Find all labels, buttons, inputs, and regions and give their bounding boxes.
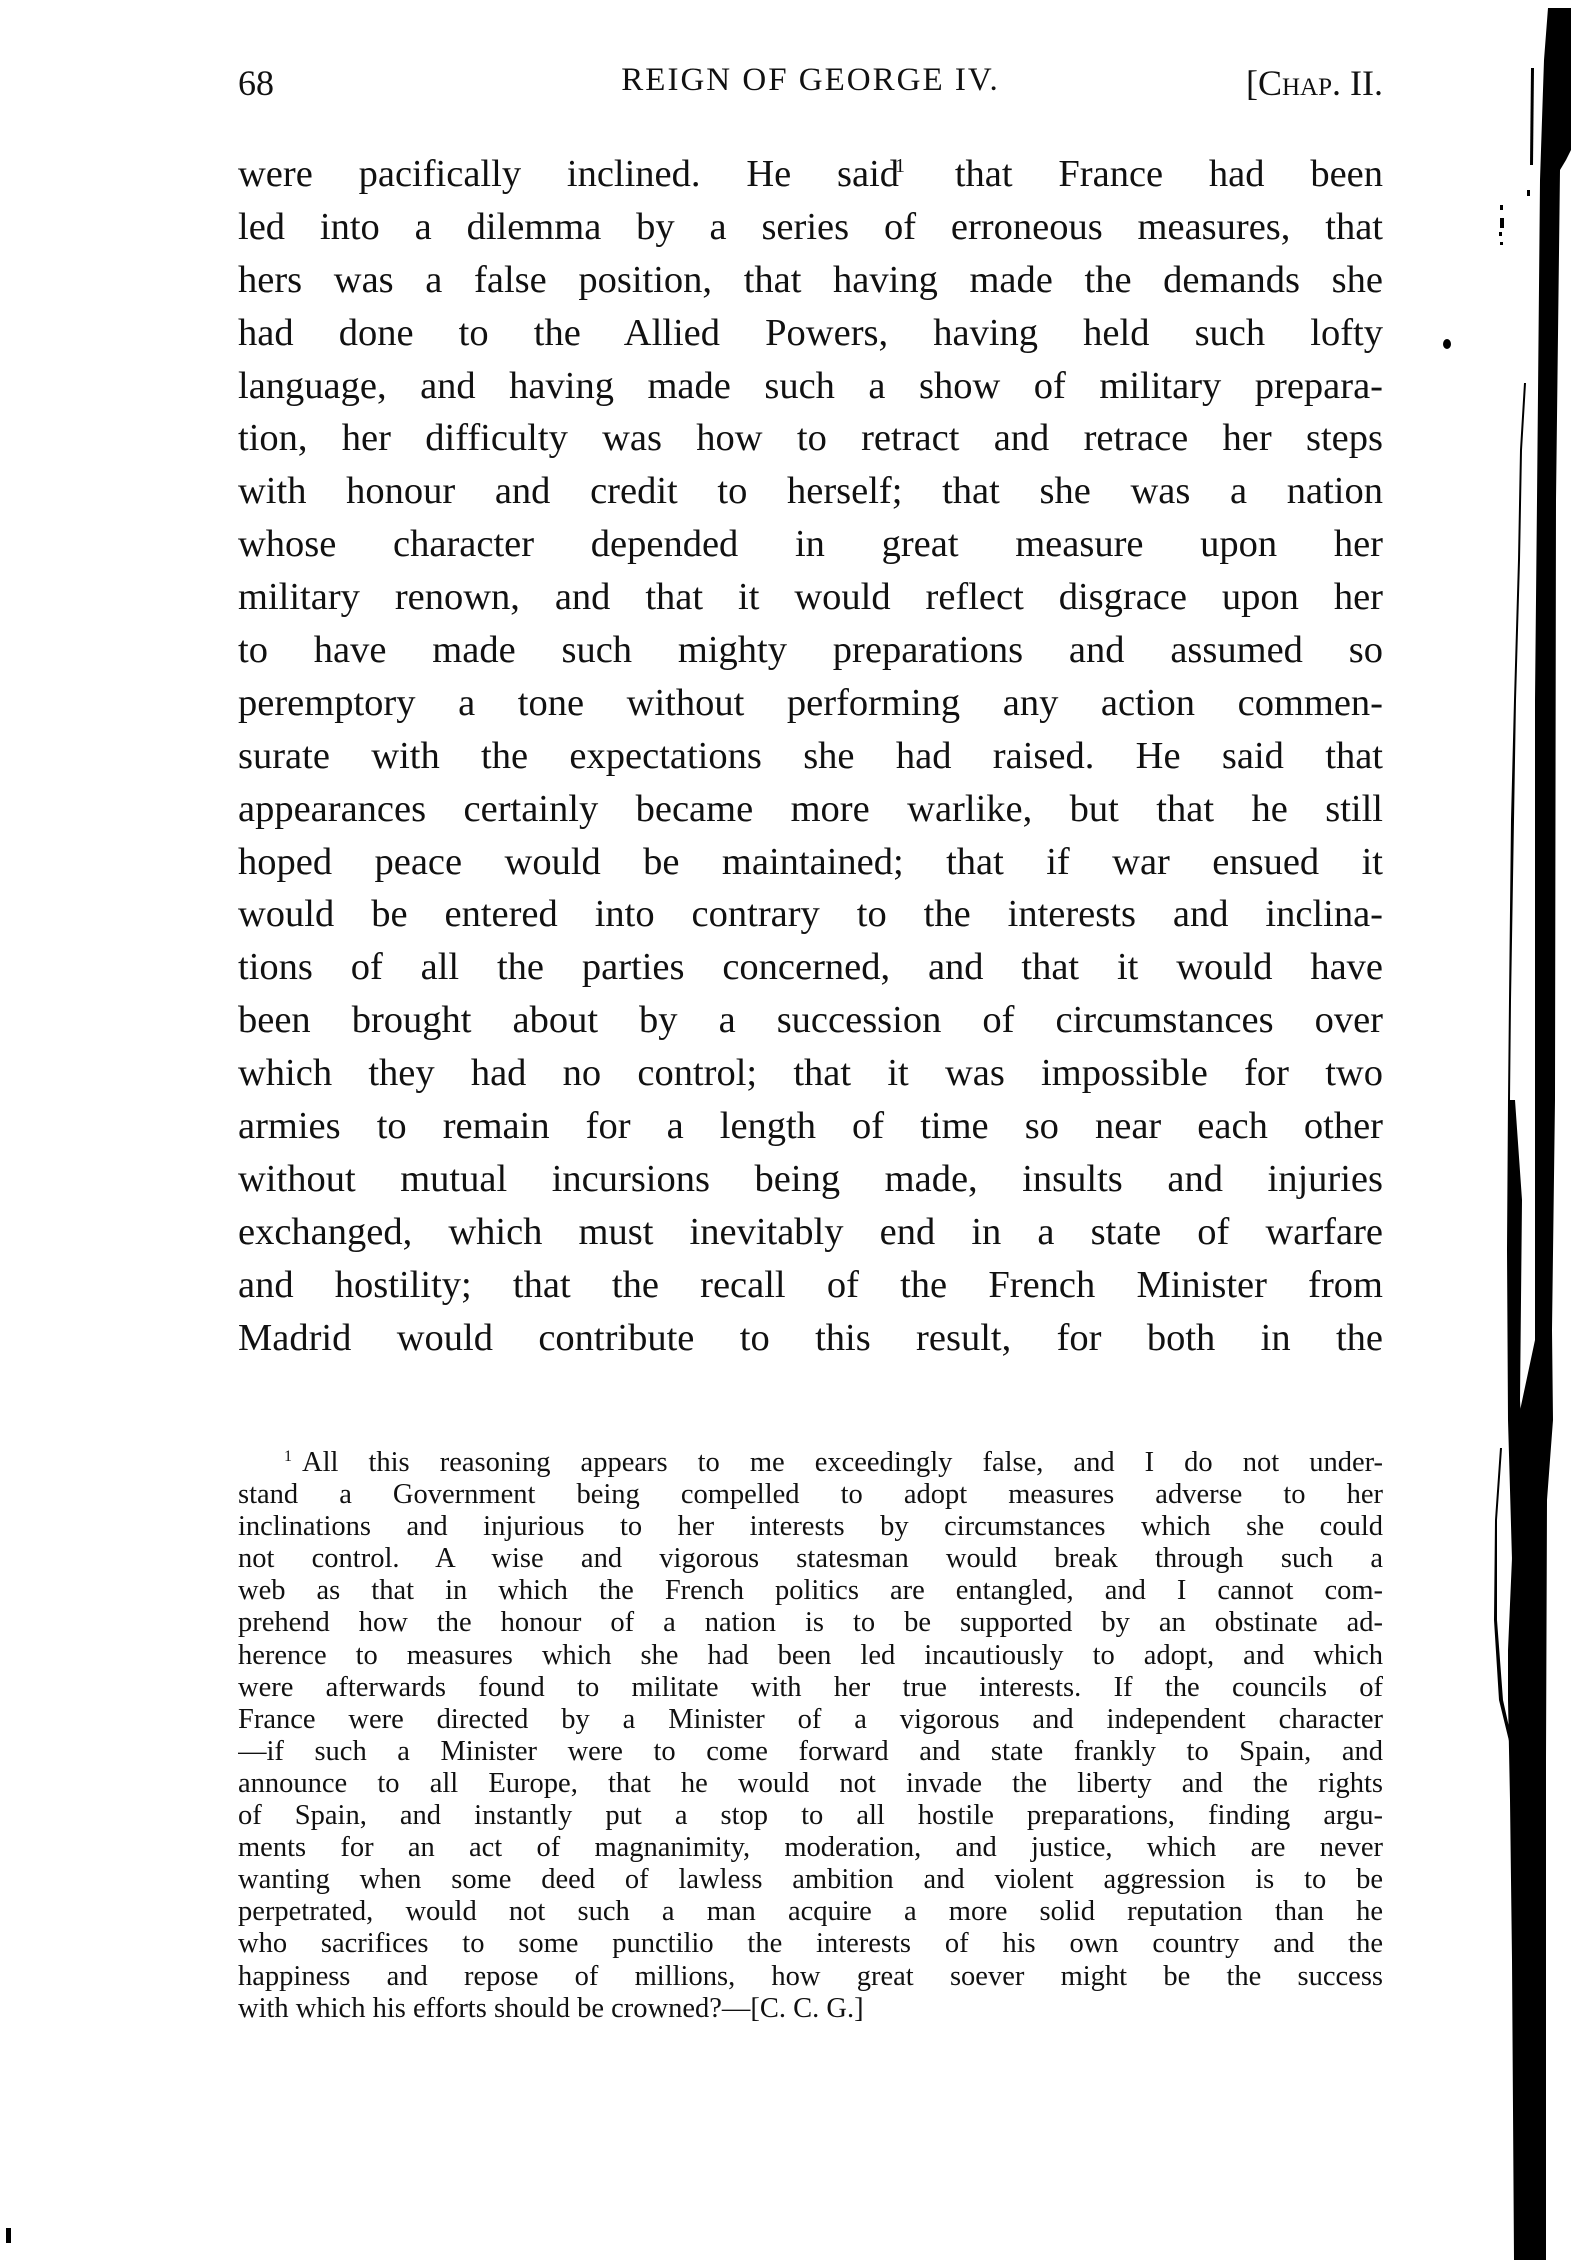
footnote-line: inclinations and injurious to her intere… (238, 1511, 1383, 1543)
footnote: 1All this reasoning appears to me exceed… (238, 1447, 1383, 2025)
text-line: to have made such mighty preparations an… (238, 624, 1383, 677)
chapter-reference: [Chap. II. (1246, 62, 1383, 104)
text-line: would be entered into contrary to the in… (238, 888, 1383, 941)
text-line: led into a dilemma by a series of errone… (238, 201, 1383, 254)
footnote-marker: 1 (284, 1448, 292, 1465)
footnote-line: prehend how the honour of a nation is to… (238, 1607, 1383, 1639)
footnote-line: happiness and repose of millions, how gr… (238, 1961, 1383, 1993)
text-line: had done to the Allied Powers, having he… (238, 307, 1383, 360)
footnote-line: 1All this reasoning appears to me exceed… (238, 1447, 1383, 1479)
footnote-text: All this reasoning appears to me exceedi… (302, 1447, 1383, 1478)
footnote-line: not control. A wise and vigorous statesm… (238, 1543, 1383, 1575)
chapter-number: II. (1341, 63, 1383, 103)
text-line: without mutual incursions being made, in… (238, 1153, 1383, 1206)
running-head: 68 REIGN OF GEORGE IV. [Chap. II. (238, 62, 1383, 108)
text-line: appearances certainly became more warlik… (238, 783, 1383, 836)
text-line: Madrid would contribute to this result, … (238, 1312, 1383, 1365)
footnote-line: —if such a Minister were to come forward… (238, 1736, 1383, 1768)
text-line: whose character depended in great measur… (238, 518, 1383, 571)
footnote-line: with which his efforts should be crowned… (238, 1993, 1383, 2025)
text-segment: were pacifically inclined. He said (238, 153, 899, 195)
footnote-reference[interactable]: 1 (895, 155, 905, 177)
footnote-line: perpetrated, would not such a man acquir… (238, 1896, 1383, 1928)
footnote-line: were afterwards found to militate with h… (238, 1672, 1383, 1704)
text-line: tions of all the parties concerned, and … (238, 941, 1383, 994)
main-text: were pacifically inclined. He said1 that… (238, 148, 1383, 1364)
text-line: hers was a false position, that having m… (238, 254, 1383, 307)
chapter-label: Chap. (1258, 63, 1341, 103)
text-line: language, and having made such a show of… (238, 360, 1383, 413)
text-line: tion, her difficulty was how to retract … (238, 412, 1383, 465)
text-line: with honour and credit to herself; that … (238, 465, 1383, 518)
text-line: peremptory a tone without performing any… (238, 677, 1383, 730)
text-line: military renown, and that it would refle… (238, 571, 1383, 624)
footnote-line: announce to all Europe, that he would no… (238, 1768, 1383, 1800)
footnote-line: of Spain, and instantly put a stop to al… (238, 1800, 1383, 1832)
footnote-line: wanting when some deed of lawless ambiti… (238, 1864, 1383, 1896)
text-line: exchanged, which must inevitably end in … (238, 1206, 1383, 1259)
footnote-line: stand a Government being compelled to ad… (238, 1479, 1383, 1511)
footnote-line: web as that in which the French politics… (238, 1575, 1383, 1607)
text-line: which they had no control; that it was i… (238, 1047, 1383, 1100)
book-page: 68 REIGN OF GEORGE IV. [Chap. II. were p… (0, 0, 1571, 2260)
footnote-line: herence to measures which she had been l… (238, 1640, 1383, 1672)
text-line: armies to remain for a length of time so… (238, 1100, 1383, 1153)
footnote-line: ments for an act of magnanimity, moderat… (238, 1832, 1383, 1864)
text-line: surate with the expectations she had rai… (238, 730, 1383, 783)
running-title: REIGN OF GEORGE IV. (238, 62, 1383, 99)
text-line: were pacifically inclined. He said1 that… (238, 148, 1383, 201)
text-line: and hostility; that the recall of the Fr… (238, 1259, 1383, 1312)
text-segment: that France had been (909, 153, 1383, 195)
text-line: been brought about by a succession of ci… (238, 994, 1383, 1047)
footnote-line: France were directed by a Minister of a … (238, 1704, 1383, 1736)
footnote-line: who sacrifices to some punctilio the int… (238, 1928, 1383, 1960)
chapter-bracket: [ (1246, 63, 1258, 103)
text-line: hoped peace would be maintained; that if… (238, 836, 1383, 889)
